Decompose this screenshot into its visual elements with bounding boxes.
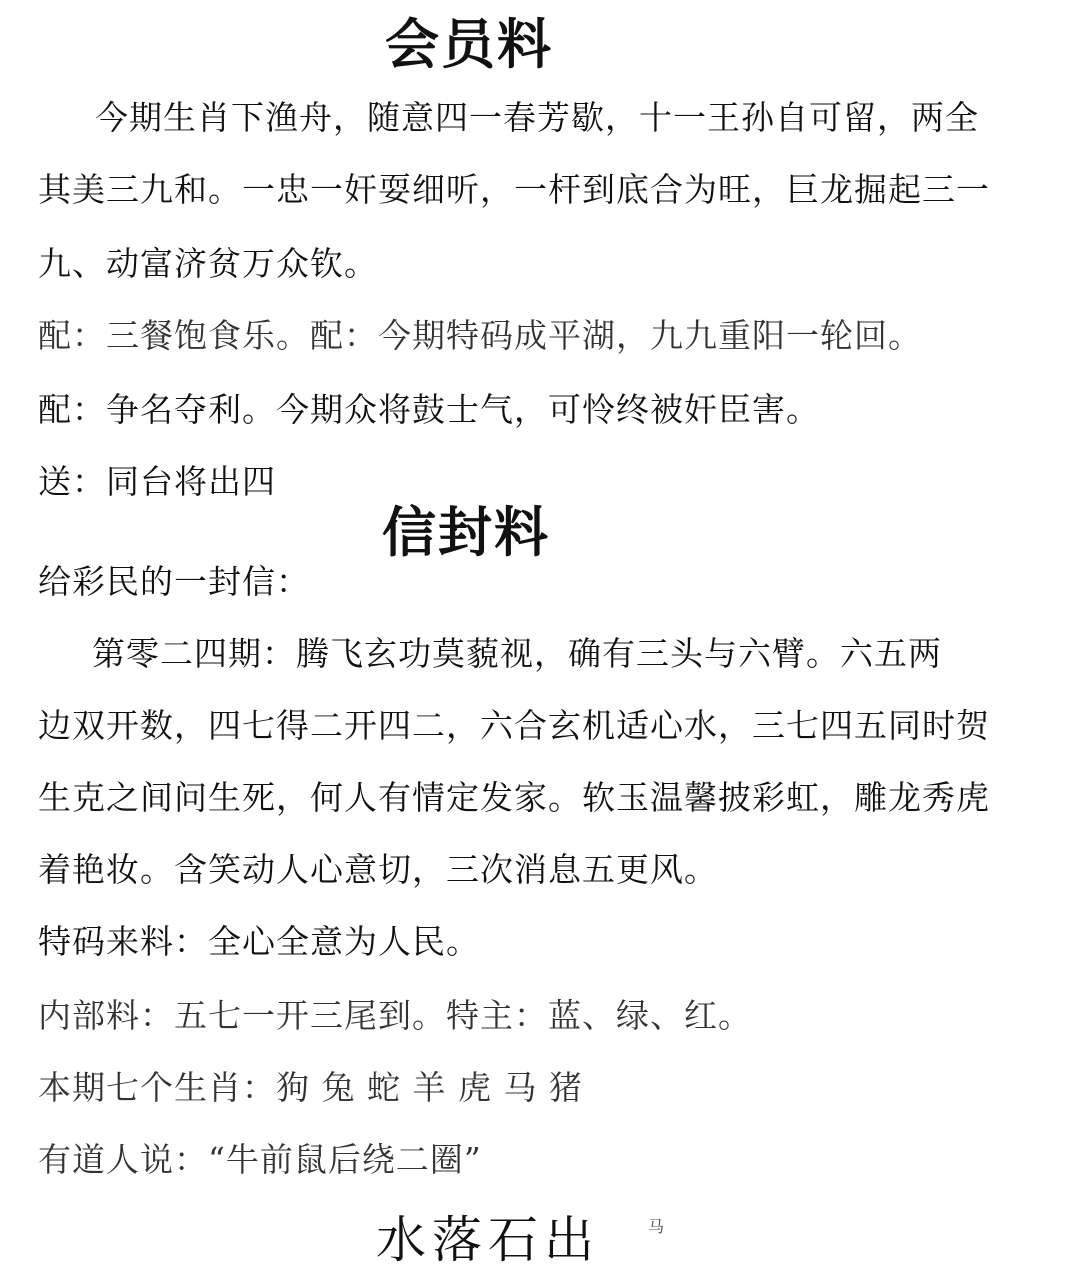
section-title-member: 会员料 (385, 14, 553, 74)
envelope-greeting: 给彩民的一封信： (38, 562, 310, 602)
member-paragraph-line-2: 其美三九和。一忠一奸耍细听，一杆到底合为旺，巨龙掘起三一 (38, 170, 990, 210)
member-pei-line-1: 配：三餐饱食乐。配：今期特码成平湖，九九重阳一轮回。 (38, 316, 922, 356)
section-title-envelope: 信封料 (382, 502, 550, 562)
member-song-line: 送：同台将出四 (38, 462, 276, 502)
envelope-tema-line: 特码来料：全心全意为人民。 (38, 922, 480, 962)
member-paragraph-line-1: 今期生肖下渔舟，随意四一春芳歇，十一王孙自可留，两全 (95, 98, 979, 138)
envelope-paragraph-line-2: 边双开数，四七得二开四二，六合玄机适心水，三七四五同时贺 (38, 706, 990, 746)
envelope-paragraph-line-3: 生克之间问生死，何人有情定发家。软玉温馨披彩虹，雕龙秀虎 (38, 778, 990, 818)
member-pei-line-2: 配：争名夺利。今期众将鼓士气，可怜终被奸臣害。 (38, 390, 820, 430)
member-paragraph-line-3: 九、动富济贫万众钦。 (38, 244, 378, 284)
footer-mark: 马 (648, 1214, 664, 1237)
envelope-paragraph-line-4: 着艳妆。含笑动人心意切，三次消息五更风。 (38, 850, 718, 890)
envelope-saying-line: 有道人说：“牛前鼠后绕二圈” (38, 1140, 482, 1180)
envelope-zodiac-line: 本期七个生肖：狗 兔 蛇 羊 虎 马 猪 (38, 1068, 583, 1108)
footer-title: 水落石出 (376, 1210, 600, 1270)
envelope-paragraph-line-1: 第零二四期：腾飞玄功莫藐视，确有三头与六臂。六五两 (92, 634, 942, 674)
envelope-internal-line: 内部料：五七一开三尾到。特主：蓝、绿、红。 (38, 996, 752, 1036)
